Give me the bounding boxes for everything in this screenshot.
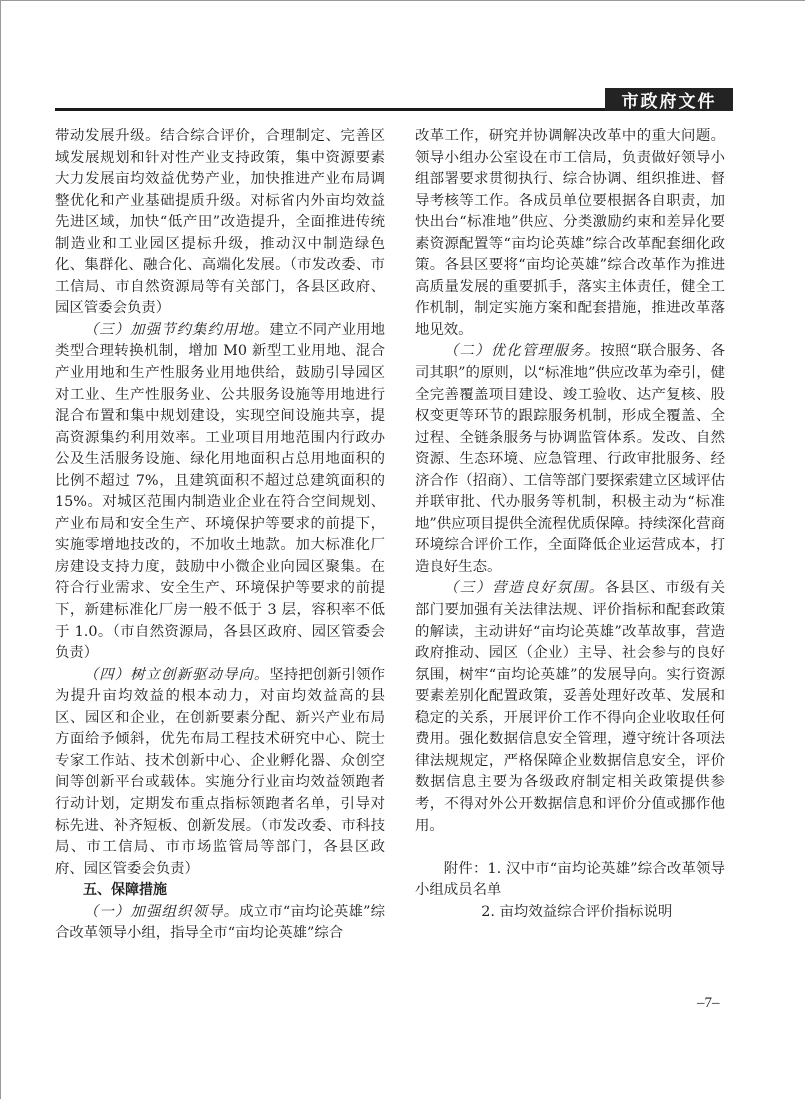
paragraph: （四）树立创新驱动导向。坚持把创新引领作为提升亩均效益的根本动力，对亩均效益高的… — [55, 665, 385, 880]
left-column: 带动发展升级。结合综合评价，合理制定、完善区域发展规划和针对性产业支持政策，集中… — [55, 126, 385, 945]
subsection-heading: （三）加强节约集约用地。 — [84, 322, 270, 338]
subsection-heading: （一）加强组织领导。 — [84, 904, 239, 920]
paragraph: 带动发展升级。结合综合评价，合理制定、完善区域发展规划和针对性产业支持政策，集中… — [55, 126, 385, 320]
right-column: 改革工作，研究并协调解决改革中的重大问题。领导小组办公室设在市工信局，负责做好领… — [415, 126, 725, 923]
subsection-heading: （四）树立创新驱动导向。 — [84, 667, 270, 683]
page-number: –7– — [697, 995, 720, 1012]
header-rule — [55, 108, 606, 111]
page-border-top — [0, 0, 805, 1]
paragraph: （二）优化管理服务。按照“联合服务、各司其职”的原则，以“标准地”供应改革为牵引… — [415, 341, 725, 578]
section-label: 市政府文件 — [605, 88, 733, 111]
subsection-heading: （三）营造良好氛围。 — [444, 580, 605, 596]
paragraph: 改革工作，研究并协调解决改革中的重大问题。领导小组办公室设在市工信局，负责做好领… — [415, 126, 725, 341]
paragraph-body: 各县区、市级有关部门要加强有关法律法规、评价指标和配套政策的解读，主动讲好“亩均… — [415, 580, 725, 833]
paragraph-body: 按照“联合服务、各司其职”的原则，以“标准地”供应改革为牵引，健全完善覆盖项目建… — [415, 343, 725, 574]
section-title: 五、保障措施 — [55, 880, 385, 902]
spacer — [415, 837, 725, 859]
paragraph-body: 建立不同产业用地类型合理转换机制，增加 M0 新型工业用地、混合产业用地和生产性… — [55, 322, 385, 661]
attachment-item: 2. 亩均效益综合评价指标说明 — [415, 902, 725, 924]
paragraph: （三）加强节约集约用地。建立不同产业用地类型合理转换机制，增加 M0 新型工业用… — [55, 320, 385, 665]
page-border-left — [0, 0, 1, 1099]
paragraph-body: 坚持把创新引领作为提升亩均效益的根本动力，对亩均效益高的县区、园区和企业，在创新… — [55, 667, 385, 877]
subsection-heading: （二）优化管理服务。 — [444, 343, 601, 359]
paragraph: （三）营造良好氛围。各县区、市级有关部门要加强有关法律法规、评价指标和配套政策的… — [415, 578, 725, 837]
paragraph: （一）加强组织领导。成立市“亩均论英雄”综合改革领导小组，指导全市“亩均论英雄”… — [55, 902, 385, 945]
attachment-item: 附件：1. 汉中市“亩均论英雄”综合改革领导小组成员名单 — [415, 859, 725, 902]
